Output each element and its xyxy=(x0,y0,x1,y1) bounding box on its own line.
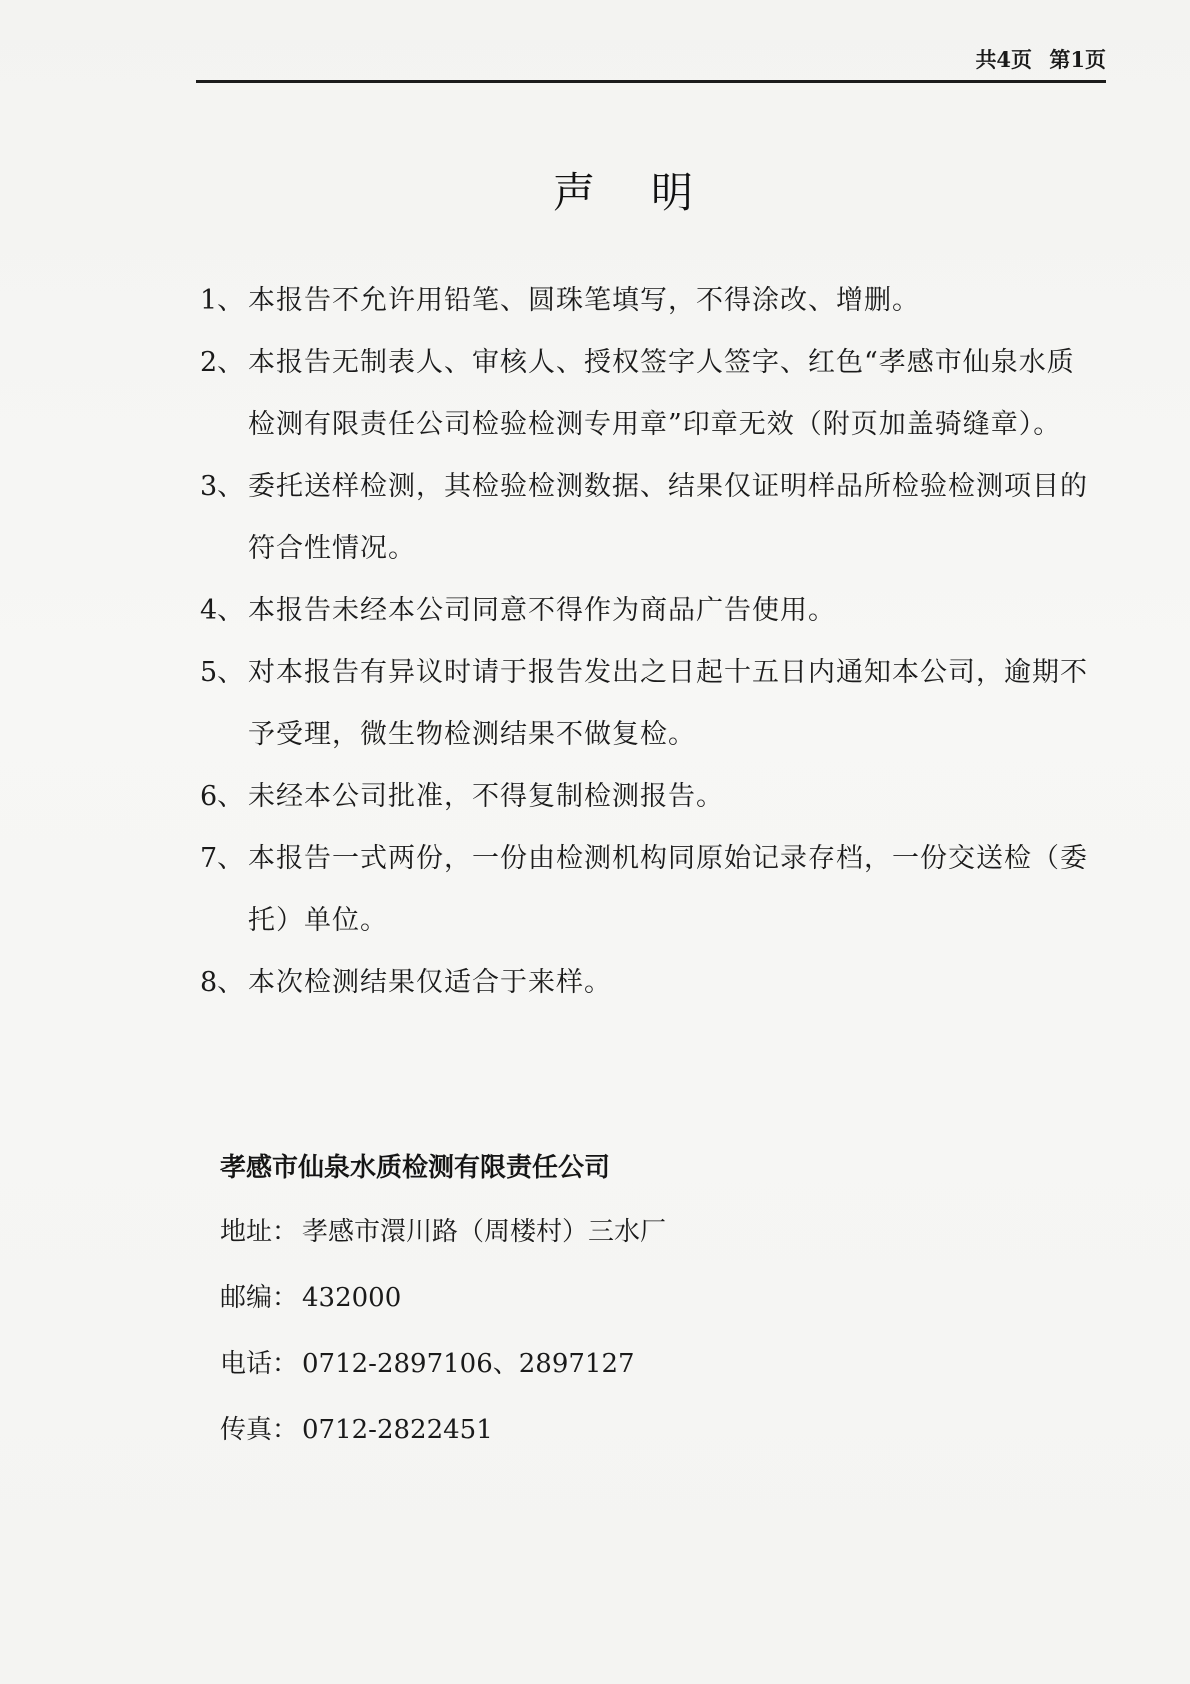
clause-item: 4、 本报告未经本公司同意不得作为商品广告使用。 xyxy=(200,580,1100,642)
company-fax: 传真：0712-2822451 xyxy=(220,1412,1070,1448)
fax-label: 传真： xyxy=(220,1415,298,1445)
company-phone: 电话：0712-2897106、2897127 xyxy=(220,1346,1070,1382)
statement-clauses: 1、 本报告不允许用铅笔、圆珠笔填写，不得涂改、增删。 2、 本报告无制表人、审… xyxy=(200,270,1100,1014)
clause-number: 7、 xyxy=(200,828,248,952)
clause-item: 2、 本报告无制表人、审核人、授权签字人签字、红色“孝感市仙泉水质检测有限责任公… xyxy=(200,332,1100,456)
clause-number: 2、 xyxy=(200,332,248,456)
clause-item: 3、 委托送样检测，其检验检测数据、结果仅证明样品所检验检测项目的符合性情况。 xyxy=(200,456,1100,580)
clause-text: 本报告不允许用铅笔、圆珠笔填写，不得涂改、增删。 xyxy=(248,270,1100,332)
clause-number: 1、 xyxy=(200,270,248,332)
page-title: 声明 xyxy=(0,160,1190,220)
clause-item: 1、 本报告不允许用铅笔、圆珠笔填写，不得涂改、增删。 xyxy=(200,270,1100,332)
clause-text: 本报告未经本公司同意不得作为商品广告使用。 xyxy=(248,580,1100,642)
phone-label: 电话： xyxy=(220,1349,298,1379)
clause-text: 本次检测结果仅适合于来样。 xyxy=(248,952,1100,1014)
clause-number: 6、 xyxy=(200,766,248,828)
clause-number: 4、 xyxy=(200,580,248,642)
clause-item: 8、 本次检测结果仅适合于来样。 xyxy=(200,952,1100,1014)
current-page: 第1页 xyxy=(1049,47,1106,72)
phone-value: 0712-2897106、2897127 xyxy=(302,1349,635,1379)
clause-text: 未经本公司批准，不得复制检测报告。 xyxy=(248,766,1100,828)
company-info: 孝感市仙泉水质检测有限责任公司 地址：孝感市澴川路（周楼村）三水厂 邮编：432… xyxy=(220,1150,1070,1478)
clause-text: 对本报告有异议时请于报告发出之日起十五日内通知本公司，逾期不予受理，微生物检测结… xyxy=(248,642,1100,766)
clause-item: 7、 本报告一式两份，一份由检测机构同原始记录存档，一份交送检（委托）单位。 xyxy=(200,828,1100,952)
address-value: 孝感市澴川路（周楼村）三水厂 xyxy=(302,1217,666,1247)
clause-item: 6、 未经本公司批准，不得复制检测报告。 xyxy=(200,766,1100,828)
company-postcode: 邮编：432000 xyxy=(220,1280,1070,1316)
postcode-value: 432000 xyxy=(302,1283,401,1313)
total-pages: 共4页 xyxy=(975,47,1032,72)
clause-number: 8、 xyxy=(200,952,248,1014)
company-name: 孝感市仙泉水质检测有限责任公司 xyxy=(220,1150,1070,1186)
company-address: 地址：孝感市澴川路（周楼村）三水厂 xyxy=(220,1214,1070,1250)
address-label: 地址： xyxy=(220,1217,298,1247)
page-counter: 共4页 第1页 xyxy=(975,44,1106,74)
fax-value: 0712-2822451 xyxy=(302,1415,493,1445)
clause-number: 5、 xyxy=(200,642,248,766)
clause-text: 委托送样检测，其检验检测数据、结果仅证明样品所检验检测项目的符合性情况。 xyxy=(248,456,1100,580)
document-page: 共4页 第1页 声明 1、 本报告不允许用铅笔、圆珠笔填写，不得涂改、增删。 2… xyxy=(0,0,1190,1684)
postcode-label: 邮编： xyxy=(220,1283,298,1313)
header-divider xyxy=(196,80,1106,83)
clause-text: 本报告无制表人、审核人、授权签字人签字、红色“孝感市仙泉水质检测有限责任公司检验… xyxy=(248,332,1100,456)
clause-text: 本报告一式两份，一份由检测机构同原始记录存档，一份交送检（委托）单位。 xyxy=(248,828,1100,952)
clause-item: 5、 对本报告有异议时请于报告发出之日起十五日内通知本公司，逾期不予受理，微生物… xyxy=(200,642,1100,766)
clause-number: 3、 xyxy=(200,456,248,580)
